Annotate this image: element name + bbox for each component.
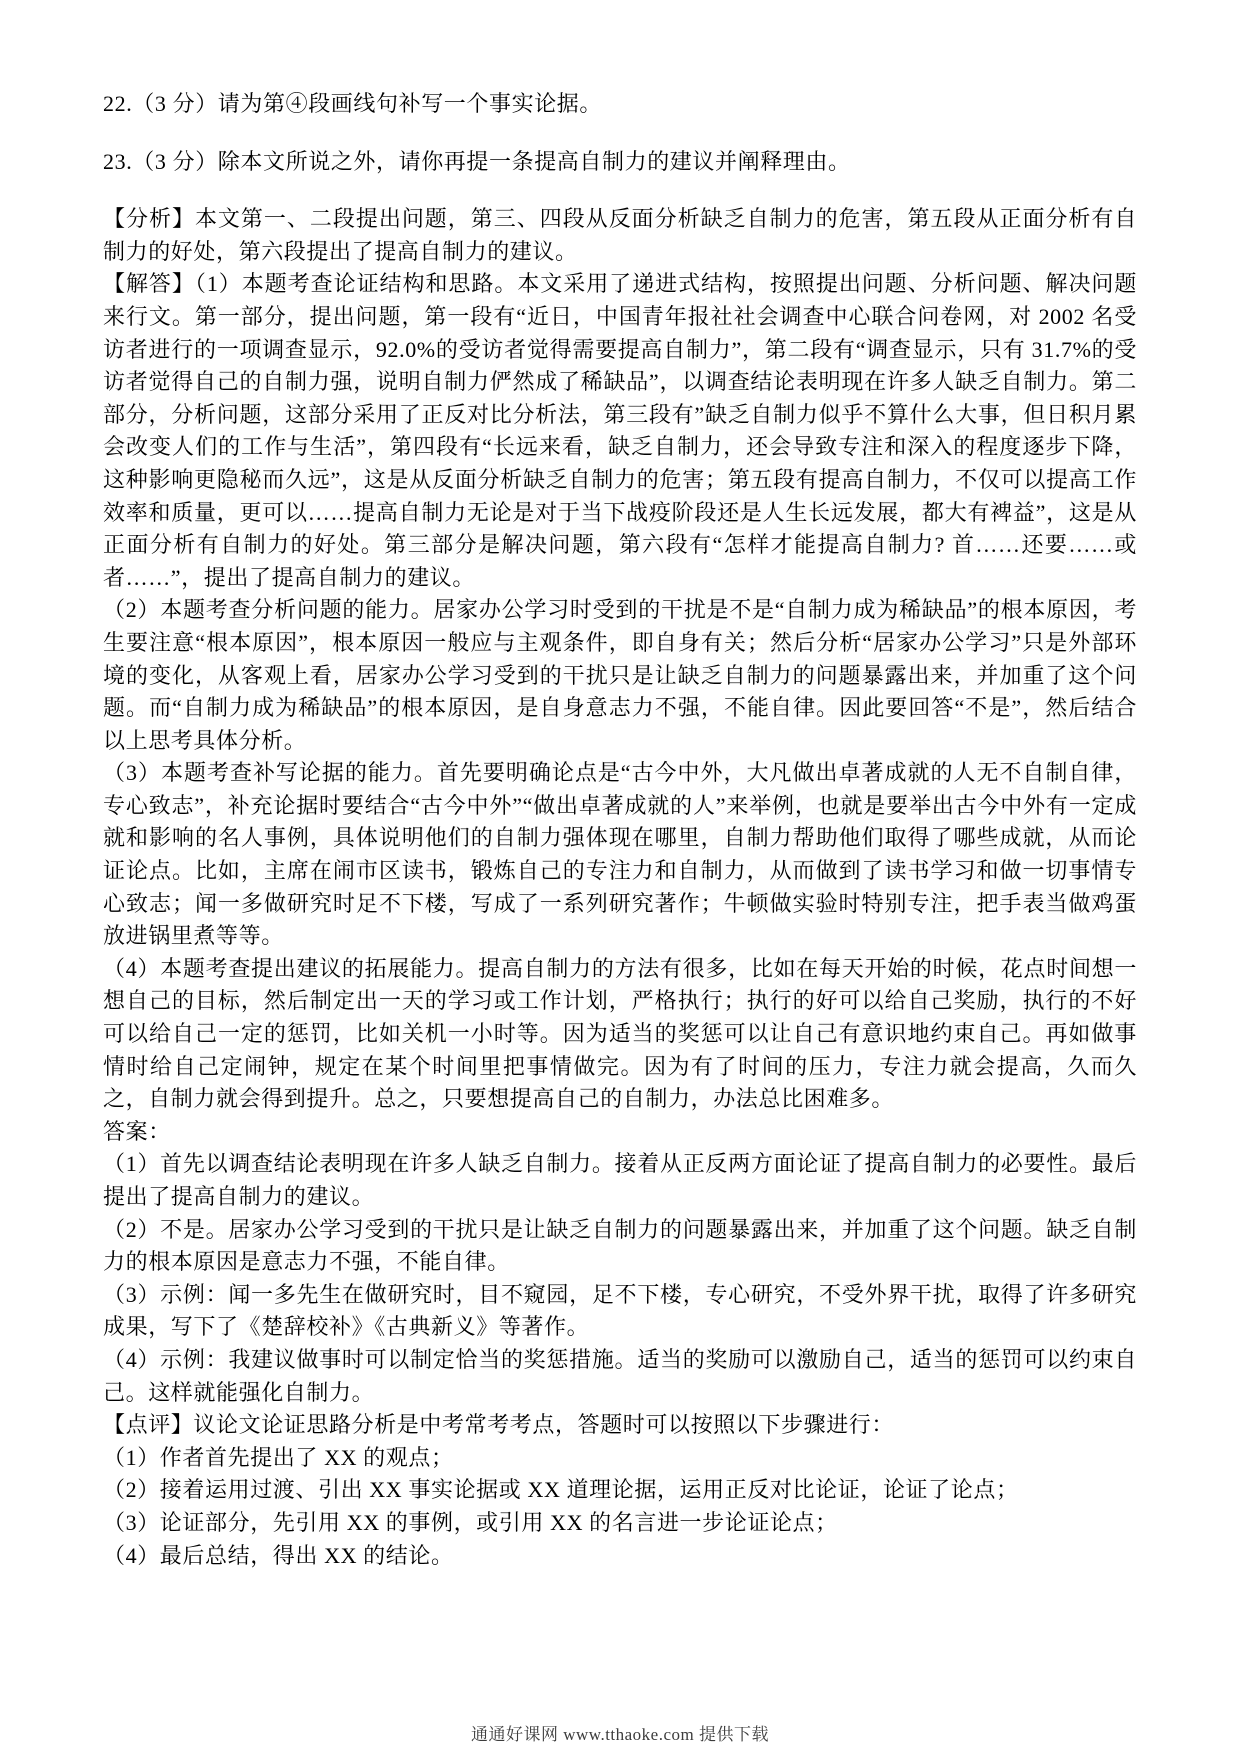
answers-label: 答案： [103, 1116, 1137, 1149]
question-22: 22.（3 分）请为第④段画线句补写一个事实论据。 [103, 88, 1137, 121]
explanation-part-4: （4）本题考查提出建议的拓展能力。提高自制力的方法有很多，比如在每天开始的时候，… [103, 953, 1137, 1116]
document-body: 22.（3 分）请为第④段画线句补写一个事实论据。 23.（3 分）除本文所说之… [103, 88, 1137, 1572]
analysis-paragraph: 【分析】本文第一、二段提出问题，第三、四段从反面分析缺乏自制力的危害，第五段从正… [103, 203, 1137, 268]
answer-3: （3）示例：闻一多先生在做研究时，目不窥园，足不下楼，专心研究，不受外界干扰，取… [103, 1279, 1137, 1344]
review-intro: 【点评】议论文论证思路分析是中考常考考点，答题时可以按照以下步骤进行： [103, 1409, 1137, 1442]
explanation-part-3: （3）本题考查补写论据的能力。首先要明确论点是“古今中外，大凡做出卓著成就的人无… [103, 757, 1137, 953]
explanation-part-1: 【解答】（1）本题考查论证结构和思路。本文采用了递进式结构，按照提出问题、分析问… [103, 268, 1137, 594]
review-step-3: （3）论证部分，先引用 XX 的事例，或引用 XX 的名言进一步论证论点； [103, 1507, 1137, 1540]
review-step-1: （1）作者首先提出了 XX 的观点； [103, 1442, 1137, 1475]
document-page: { "page": { "background_color": "#ffffff… [0, 0, 1240, 1754]
answer-4: （4）示例：我建议做事时可以制定恰当的奖惩措施。适当的奖励可以激励自己，适当的惩… [103, 1344, 1137, 1409]
answer-2: （2）不是。居家办公学习受到的干扰只是让缺乏自制力的问题暴露出来，并加重了这个问… [103, 1214, 1137, 1279]
question-23: 23.（3 分）除本文所说之外，请你再提一条提高自制力的建议并阐释理由。 [103, 146, 1137, 179]
review-step-4: （4）最后总结，得出 XX 的结论。 [103, 1540, 1137, 1573]
page-footer: 通通好课网 www.tthaoke.com 提供下载 [0, 1720, 1240, 1745]
review-step-2: （2）接着运用过渡、引出 XX 事实论据或 XX 道理论据，运用正反对比论证，论… [103, 1474, 1137, 1507]
answer-1: （1）首先以调查结论表明现在许多人缺乏自制力。接着从正反两方面论证了提高自制力的… [103, 1148, 1137, 1213]
explanation-part-2: （2）本题考查分析问题的能力。居家办公学习时受到的干扰是不是“自制力成为稀缺品”… [103, 594, 1137, 757]
